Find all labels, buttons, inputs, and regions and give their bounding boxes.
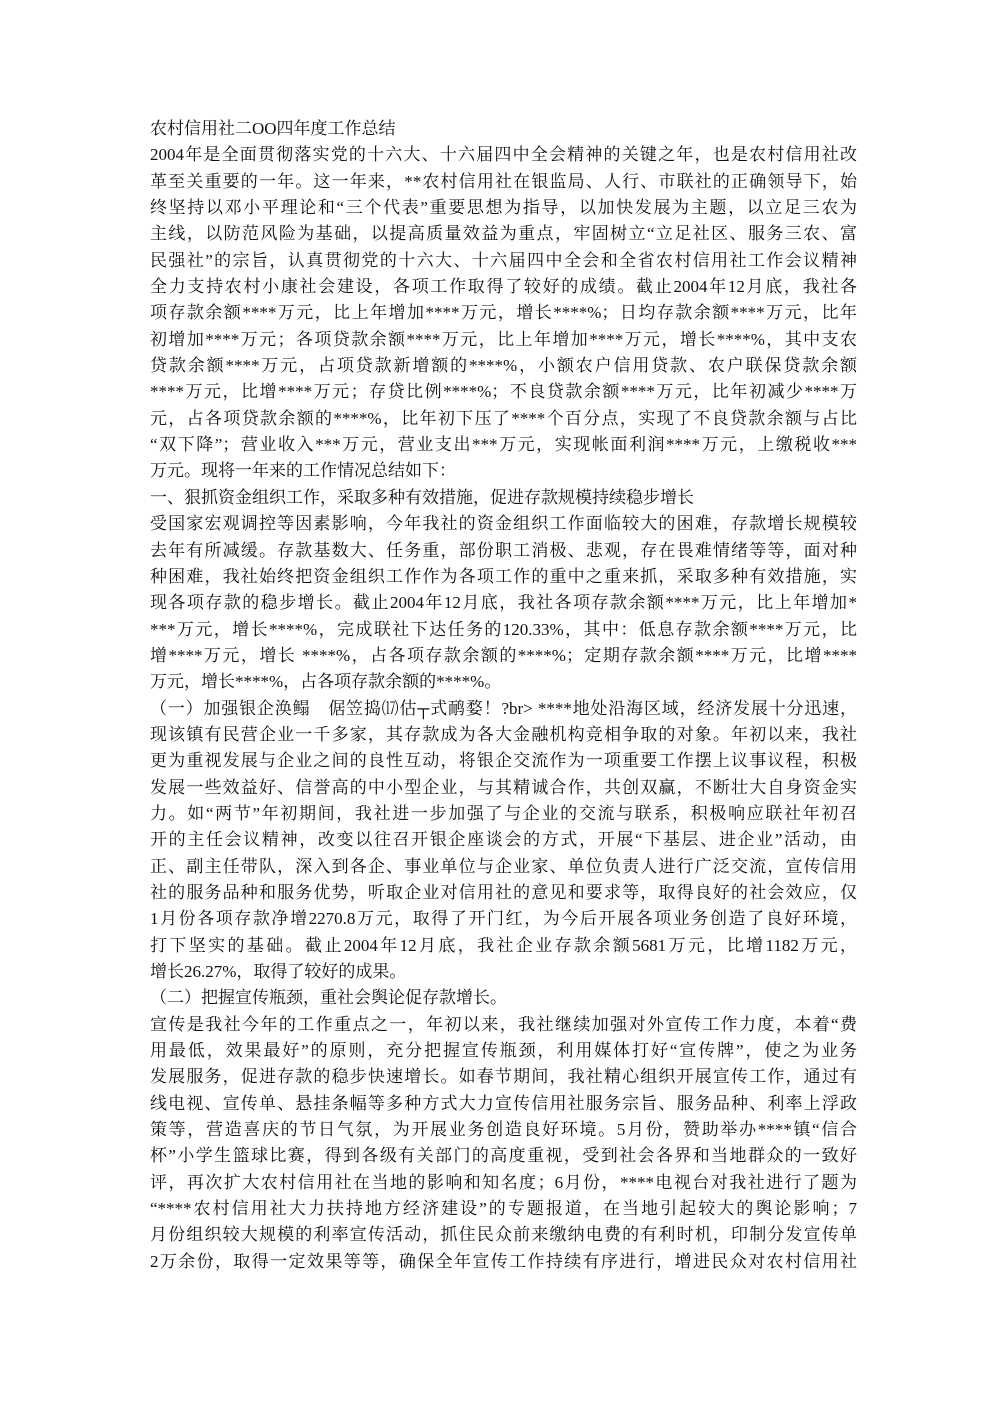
- document-line: 发展服务，促进存款的稳步快速增长。如春节期间，我社精心组织开展宣传工作，通过有: [150, 1064, 857, 1090]
- document-line: 终坚持以邓小平理论和“三个代表”重要思想为指导，以加快发展为主题，以立足三农为: [150, 195, 857, 221]
- document-title: 农村信用社二OO四年度工作总结: [150, 116, 857, 142]
- document-line: 现各项存款的稳步增长。截止2004年12月底，我社各项存款余额****万元，比上…: [150, 590, 857, 616]
- document-line: 评，再次扩大农村信用社在当地的影响和知名度；6月份，****电视台对我社进行了题…: [150, 1170, 857, 1196]
- document-line: 元，占各项贷款余额的****%，比年初下压了****个百分点，实现了不良贷款余额…: [150, 406, 857, 432]
- document-line: （二）把握宣传瓶颈，重社会舆论促存款增长。: [150, 985, 857, 1011]
- document-line: 增****万元，增长 ****%，占各项存款余额的****%；定期存款余额***…: [150, 643, 857, 669]
- document-line: 月份组织较大规模的利率宣传活动，抓住民众前来缴纳电费的有利时机，印制分发宣传单: [150, 1222, 857, 1248]
- document-line: 线电视、宣传单、悬挂条幅等多种方式大力宣传信用社服务宗旨、服务品种、利率上浮政: [150, 1091, 857, 1117]
- document-line: 用最低，效果最好”的原则，充分把握宣传瓶颈，利用媒体打好“宣传牌”，使之为业务: [150, 1038, 857, 1064]
- document-line: 社的服务品种和服务优势，听取企业对信用社的意见和要求等，取得良好的社会效应，仅: [150, 880, 857, 906]
- document-line: 项存款余额****万元，比上年增加****万元，增长****%；日均存款余额**…: [150, 300, 857, 326]
- document-line: 2004年是全面贯彻落实党的十六大、十六届四中全会精神的关键之年，也是农村信用社…: [150, 142, 857, 168]
- document-line: 万元，增长****%，占各项存款余额的****%。: [150, 669, 857, 695]
- document-line: 策等，营造喜庆的节日气氛，为开展业务创造良好环境。5月份，赞助举办****镇“信…: [150, 1117, 857, 1143]
- document-line: ***万元，增长****%，完成联社下达任务的120.33%，其中：低息存款余额…: [150, 617, 857, 643]
- document-body: 农村信用社二OO四年度工作总结2004年是全面贯彻落实党的十六大、十六届四中全会…: [150, 116, 857, 1275]
- document-line: 全力支持农村小康社会建设，各项工作取得了较好的成绩。截止2004年12月底，我社…: [150, 274, 857, 300]
- document-line: 打下坚实的基础。截止2004年12月底，我社企业存款余额5681万元，比增118…: [150, 933, 857, 959]
- document-page: 农村信用社二OO四年度工作总结2004年是全面贯彻落实党的十六大、十六届四中全会…: [0, 0, 1000, 1415]
- document-line: 民强社”的宗旨，认真贯彻党的十六大、十六届四中全会和全省农村信用社工作会议精神: [150, 248, 857, 274]
- document-line: 开的主任会议精神，改变以往召开银企座谈会的方式，开展“下基层、进企业”活动，由: [150, 827, 857, 853]
- document-line: 贷款余额****万元，占项贷款新增额的****%，小额农户信用贷款、农户联保贷款…: [150, 353, 857, 379]
- document-line: （一）加强银企涣鳎 倨笠捣⒄估┬式鸸婺！?br> ****地处沿海区域，经济发展…: [150, 696, 857, 722]
- document-line: 一、狠抓资金组织工作，采取多种有效措施，促进存款规模持续稳步增长: [150, 485, 857, 511]
- document-line: 杯”小学生篮球比赛，得到各级有关部门的高度重视，受到社会各界和当地群众的一致好: [150, 1143, 857, 1169]
- document-line: “双下降”；营业收入***万元，营业支出***万元，实现帐面利润****万元，上…: [150, 432, 857, 458]
- document-line: 去年有所减缓。存款基数大、任务重，部份职工消极、悲观，存在畏难情绪等等，面对种: [150, 538, 857, 564]
- document-line: 增长26.27%，取得了较好的成果。: [150, 959, 857, 985]
- document-line: ****万元，比增****万元；存贷比例****%；不良贷款余额****万元，比…: [150, 379, 857, 405]
- document-line: 发展一些效益好、信誉高的中小型企业，与其精诚合作，共创双赢，不断壮大自身资金实: [150, 775, 857, 801]
- document-line: 革至关重要的一年。这一年来，**农村信用社在银监局、人行、市联社的正确领导下，始: [150, 169, 857, 195]
- document-line: 主线，以防范风险为基础，以提高质量效益为重点，牢固树立“立足社区、服务三农、富: [150, 221, 857, 247]
- document-line: 1月份各项存款净增2270.8万元，取得了开门红，为今后开展各项业务创造了良好环…: [150, 906, 857, 932]
- document-line: 2万余份，取得一定效果等等，确保全年宣传工作持续有序进行，增进民众对农村信用社: [150, 1249, 857, 1275]
- document-line: 宣传是我社今年的工作重点之一，年初以来，我社继续加强对外宣传工作力度，本着“费: [150, 1012, 857, 1038]
- document-line: 现该镇有民营企业一千多家，其存款成为各大金融机构竞相争取的对象。年初以来，我社: [150, 722, 857, 748]
- document-line: 正、副主任带队，深入到各企、事业单位与企业家、单位负责人进行广泛交流，宣传信用: [150, 854, 857, 880]
- document-line: 种困难，我社始终把资金组织工作作为各项工作的重中之重来抓，采取多种有效措施，实: [150, 564, 857, 590]
- document-line: 万元。现将一年来的工作情况总结如下：: [150, 458, 857, 484]
- document-line: 力。如“两节”年初期间，我社进一步加强了与企业的交流与联系，积极响应联社年初召: [150, 801, 857, 827]
- document-line: 受国家宏观调控等因素影响，今年我社的资金组织工作面临较大的困难，存款增长规模较: [150, 511, 857, 537]
- document-line: 更为重视发展与企业之间的良性互动，将银企交流作为一项重要工作摆上议事议程，积极: [150, 748, 857, 774]
- document-line: 初增加****万元；各项贷款余额****万元，比上年增加****万元，增长***…: [150, 327, 857, 353]
- document-line: “****农村信用社大力扶持地方经济建设”的专题报道，在当地引起较大的舆论影响；…: [150, 1196, 857, 1222]
